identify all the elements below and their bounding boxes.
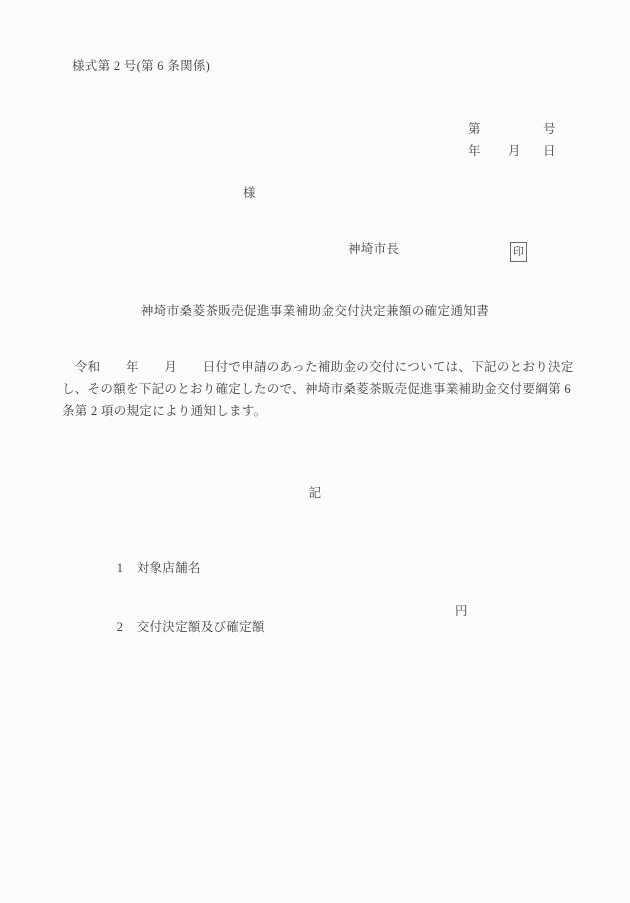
amount-unit-label: 円: [455, 603, 468, 619]
record-item-number: 2: [117, 619, 137, 635]
doc-number-suffix-label: 号: [543, 121, 556, 137]
doc-number-prefix-label: 第: [468, 121, 481, 137]
form-number: 様式第 2 号(第 6 条関係): [72, 58, 210, 74]
addressee-honorific: 様: [243, 185, 256, 201]
date-year-label: 年: [468, 143, 481, 159]
body-paragraph-line: し、その額を下記のとおり確定したので、神埼市桑菱茶販売促進事業補助金交付要綱第 …: [62, 381, 571, 397]
seal-box: 印: [510, 242, 527, 262]
date-month-label: 月: [508, 143, 521, 159]
record-item-row: 2交付決定額及び確定額: [103, 603, 265, 652]
document-page: 様式第 2 号(第 6 条関係) 第 号 年 月 日 様 神埼市長 印 神埼市桑…: [0, 0, 630, 903]
date-day-label: 日: [543, 143, 556, 159]
record-heading: 記: [0, 485, 630, 501]
record-item-label: 対象店舗名: [137, 561, 201, 575]
sender-title: 神埼市長: [348, 241, 399, 257]
document-title: 神埼市桑菱茶販売促進事業補助金交付決定兼額の確定通知書: [0, 303, 630, 319]
body-paragraph-line: 条第 2 項の規定により通知します。: [62, 403, 266, 419]
record-item-row: 1対象店舗名: [103, 544, 201, 593]
record-item-number: 1: [117, 560, 137, 576]
record-item-label: 交付決定額及び確定額: [137, 620, 265, 634]
body-paragraph-line: 令和 年 月 日付で申請のあった補助金の交付については、下記のとおり決定: [62, 359, 574, 375]
